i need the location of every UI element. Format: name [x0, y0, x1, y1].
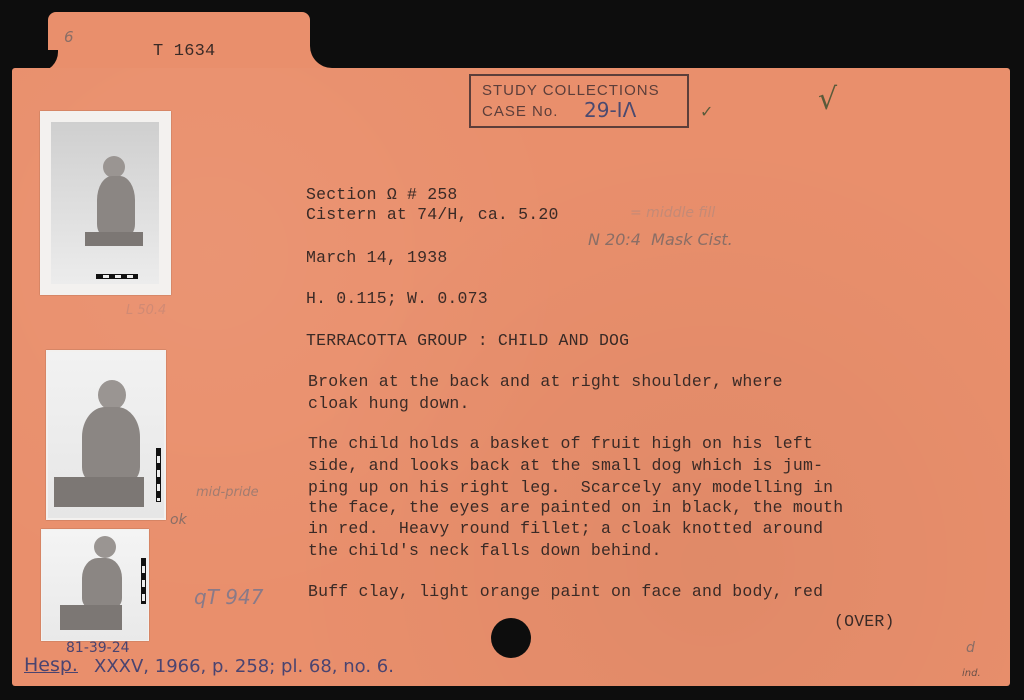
object-title: TERRACOTTA GROUP : CHILD AND DOG [306, 331, 629, 350]
figure-body [82, 558, 122, 608]
corner-note-1: d [966, 640, 975, 656]
corner-note-2: ind. [962, 668, 981, 679]
photo-2 [46, 350, 166, 520]
pencil-middle-fill: = middle fill [630, 205, 715, 221]
photo-3-image [42, 530, 148, 640]
scale-bar-icon [96, 274, 138, 279]
description-p2-line3: ping up on his right leg. Scarcely any m… [308, 478, 833, 497]
figure-base [54, 477, 144, 507]
description-p2-line5: in red. Heavy round fillet; a cloak knot… [308, 519, 823, 538]
scale-bar-icon [156, 448, 161, 502]
description-p1-line1: Broken at the back and at right shoulder… [308, 372, 783, 391]
figure-head [94, 536, 116, 558]
photo-2-note: ok [170, 512, 187, 528]
photo-1-note: L 50.4 [126, 303, 166, 318]
over-marker: (OVER) [834, 612, 895, 631]
figure-head [98, 380, 126, 410]
photo-1-image [51, 122, 159, 284]
figure-base [85, 232, 143, 246]
description-p1-line2: cloak hung down. [308, 394, 470, 413]
pencil-grid-note: N 20:4 Mask Cist. [588, 230, 733, 249]
tab-label: T 1634 [153, 42, 215, 61]
photo-3 [41, 529, 149, 641]
check-mark-large-icon: √ [818, 82, 837, 117]
cistern-line: Cistern at 74/H, ca. 5.20 [306, 205, 559, 224]
description-p2-line1: The child holds a basket of fruit high o… [308, 434, 813, 453]
scale-bar-icon [141, 558, 146, 604]
check-mark-icon: ✓ [700, 102, 713, 121]
figure-base [60, 605, 122, 630]
tab-pencil-number: 6 [64, 28, 74, 46]
description-p2-line4: the face, the eyes are painted on in bla… [308, 498, 843, 517]
photo-2-image [48, 352, 164, 518]
figure-body [97, 176, 135, 236]
section-line: Section Ω # 258 [306, 185, 458, 204]
dimensions-line: H. 0.115; W. 0.073 [306, 289, 488, 308]
date-line: March 14, 1938 [306, 248, 447, 267]
negative-number: qT 947 [194, 585, 263, 609]
description-p2-line2: side, and looks back at the small dog wh… [308, 456, 823, 475]
photo-2-side-note: mid-pride [196, 485, 259, 500]
stamp-line-2: CASE No. [482, 103, 558, 120]
description-p2-line6: the child's neck falls down behind. [308, 541, 662, 560]
figure-body [82, 407, 140, 482]
bibliography-label: Hesp. [24, 654, 78, 676]
punch-hole [491, 618, 531, 658]
case-number: 29-ΙΛ [584, 98, 636, 122]
bibliography-citation: XXXV, 1966, p. 258; pl. 68, no. 6. [94, 656, 394, 677]
stamp-line-1: STUDY COLLECTIONS [482, 82, 660, 99]
figure-head [103, 156, 125, 178]
study-collections-stamp: STUDY COLLECTIONS CASE No. 29-ΙΛ [469, 74, 689, 128]
photo-1 [40, 111, 171, 295]
description-p3: Buff clay, light orange paint on face an… [308, 582, 823, 601]
